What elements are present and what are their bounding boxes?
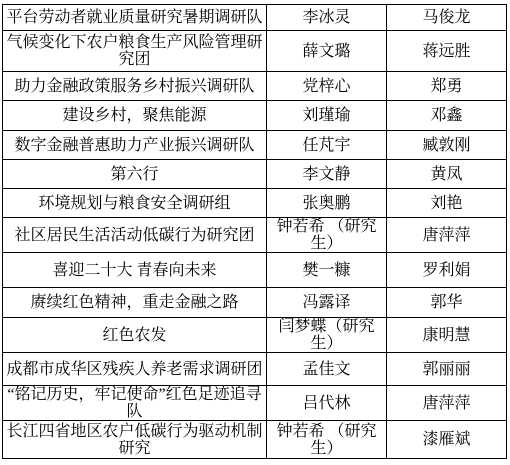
table-row: 数字金融普惠助力产业振兴调研队 任芃宇 臧敦刚 [3, 131, 507, 160]
member-name-cell: 冯露译 [267, 288, 387, 318]
team-name-cell: “铭记历史，牢记使命”红色足迹追寻队 [3, 386, 267, 421]
table-row: 成都市成华区残疾人养老需求调研团 孟佳文 郭丽丽 [3, 353, 507, 386]
table-row: 建设乡村，聚焦能源 刘瑾瑜 邓鑫 [3, 101, 507, 131]
table-row: 赓续红色精神，重走金融之路 冯露译 郭华 [3, 288, 507, 318]
team-name-cell: 数字金融普惠助力产业振兴调研队 [3, 131, 267, 160]
member-name-cell: 李文静 [267, 160, 387, 189]
table-row: 长江四省地区农户低碳行为驱动机制研究 钟若希 （研究生） 漆雁斌 [3, 421, 507, 459]
advisor-name-cell: 罗利娟 [387, 253, 507, 288]
member-name-cell: 薛文璐 [267, 31, 387, 72]
member-name-cell: 党梓心 [267, 72, 387, 101]
table-row: 助力金融政策服务乡村振兴调研队 党梓心 郑勇 [3, 72, 507, 101]
member-name-cell: 张奥鹏 [267, 189, 387, 218]
document-page: 平台劳动者就业质量研究暑期调研队 李冰灵 马俊龙 气候变化下农户粮食生产风险管理… [0, 0, 510, 465]
table-row: 第六行 李文静 黄凤 [3, 160, 507, 189]
table-row: 社区居民生活活动低碳行为研究团 钟若希 （研究生） 唐萍萍 [3, 218, 507, 253]
advisor-name-cell: 漆雁斌 [387, 421, 507, 459]
advisor-name-cell: 黄凤 [387, 160, 507, 189]
advisor-name-cell: 刘艳 [387, 189, 507, 218]
table-row: 喜迎二十大 青春向未来 樊一糠 罗利娟 [3, 253, 507, 288]
table-row: “铭记历史，牢记使命”红色足迹追寻队 吕代林 唐萍萍 [3, 386, 507, 421]
advisor-name-cell: 蒋远胜 [387, 31, 507, 72]
advisor-name-cell: 马俊龙 [387, 5, 507, 31]
team-name-cell: 社区居民生活活动低碳行为研究团 [3, 218, 267, 253]
member-name-cell: 孟佳文 [267, 353, 387, 386]
member-name-cell: 钟若希 （研究生） [267, 421, 387, 459]
advisor-name-cell: 邓鑫 [387, 101, 507, 131]
team-name-cell: 气候变化下农户粮食生产风险管理研究团 [3, 31, 267, 72]
team-name-cell: 建设乡村，聚焦能源 [3, 101, 267, 131]
team-name-cell: 平台劳动者就业质量研究暑期调研队 [3, 5, 267, 31]
advisor-name-cell: 郑勇 [387, 72, 507, 101]
member-name-cell: 樊一糠 [267, 253, 387, 288]
team-name-cell: 喜迎二十大 青春向未来 [3, 253, 267, 288]
team-name-cell: 助力金融政策服务乡村振兴调研队 [3, 72, 267, 101]
advisor-name-cell: 郭华 [387, 288, 507, 318]
advisor-name-cell: 康明慧 [387, 318, 507, 353]
advisor-name-cell: 郭丽丽 [387, 353, 507, 386]
table-body: 平台劳动者就业质量研究暑期调研队 李冰灵 马俊龙 气候变化下农户粮食生产风险管理… [3, 5, 507, 459]
team-name-cell: 红色农发 [3, 318, 267, 353]
team-name-cell: 赓续红色精神，重走金融之路 [3, 288, 267, 318]
team-name-cell: 环境规划与粮食安全调研组 [3, 189, 267, 218]
member-name-cell: 吕代林 [267, 386, 387, 421]
team-name-cell: 第六行 [3, 160, 267, 189]
advisor-name-cell: 唐萍萍 [387, 218, 507, 253]
member-name-cell: 闫梦蝶（研究生） [267, 318, 387, 353]
member-name-cell: 钟若希 （研究生） [267, 218, 387, 253]
research-teams-table: 平台劳动者就业质量研究暑期调研队 李冰灵 马俊龙 气候变化下农户粮食生产风险管理… [2, 4, 507, 459]
member-name-cell: 任芃宇 [267, 131, 387, 160]
table-row: 环境规划与粮食安全调研组 张奥鹏 刘艳 [3, 189, 507, 218]
table-row: 气候变化下农户粮食生产风险管理研究团 薛文璐 蒋远胜 [3, 31, 507, 72]
member-name-cell: 刘瑾瑜 [267, 101, 387, 131]
advisor-name-cell: 臧敦刚 [387, 131, 507, 160]
table-row: 红色农发 闫梦蝶（研究生） 康明慧 [3, 318, 507, 353]
team-name-cell: 长江四省地区农户低碳行为驱动机制研究 [3, 421, 267, 459]
team-name-cell: 成都市成华区残疾人养老需求调研团 [3, 353, 267, 386]
table-row: 平台劳动者就业质量研究暑期调研队 李冰灵 马俊龙 [3, 5, 507, 31]
advisor-name-cell: 唐萍萍 [387, 386, 507, 421]
member-name-cell: 李冰灵 [267, 5, 387, 31]
